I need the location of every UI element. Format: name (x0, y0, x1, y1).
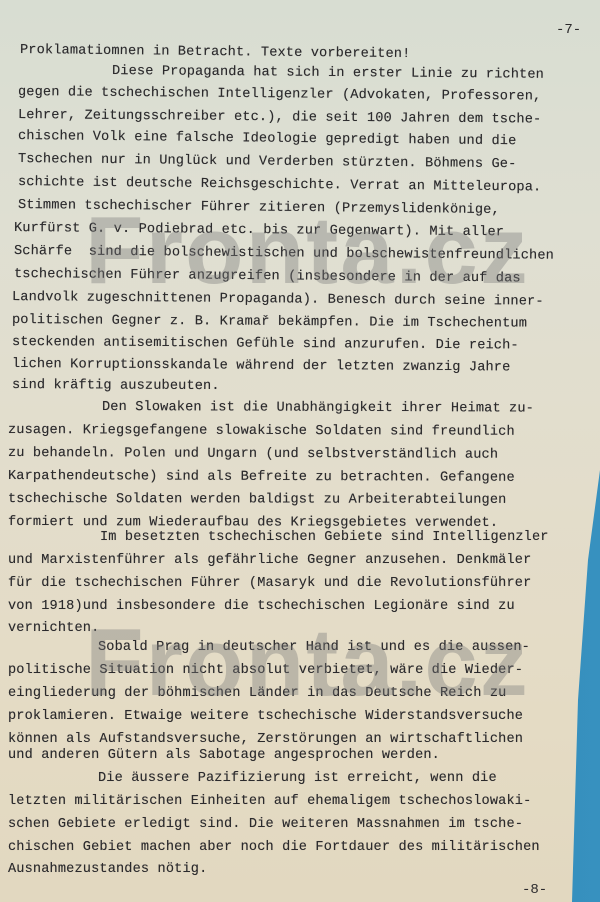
text-line: schen Gebiete erledigt sind. Die weitere… (8, 818, 523, 832)
text-line: politische Situation nicht absolut verbi… (8, 664, 523, 678)
text-line: zu behandeln. Polen und Ungarn (und selb… (8, 447, 498, 462)
text-line: und anderen Gütern als Sabotage angespro… (8, 749, 440, 763)
text-line: Sobald Prag in deutscher Hand ist und es… (98, 641, 530, 655)
text-line: können als Aufstandsversuche, Zerstörung… (8, 733, 523, 747)
text-line: Diese Propaganda hat sich in erster Lini… (112, 65, 544, 82)
text-line: Tschechen nur in Unglück und Verderben s… (18, 153, 517, 172)
text-line: Stimmen tschechischer Führer zitieren (P… (18, 199, 500, 218)
text-line: politischen Gegner z. B. Kramař bekämpfe… (12, 314, 527, 331)
typewritten-page: -7- Proklamatiomnen in Betracht. Texte v… (0, 0, 600, 902)
text-line: chischen Volk eine falsche Ideologie gep… (18, 130, 517, 149)
text-line: von 1918)und insbesondere die tschechisc… (8, 600, 515, 614)
text-line: vernichten. (8, 622, 99, 636)
text-line: sind kräftig auszubeuten. (12, 379, 220, 394)
text-line: eingliederung der böhmischen Länder in d… (8, 687, 506, 701)
text-line: steckenden antisemitischen Gefühle sind … (12, 336, 519, 353)
text-line: formiert und zum Wiederaufbau des Kriegs… (8, 516, 498, 530)
text-line: für die tschechischen Führer (Masaryk un… (8, 577, 531, 591)
text-line: letzten militärischen Einheiten auf ehem… (8, 795, 531, 809)
text-line: Karpathendeutsche) sind als Befreite zu … (8, 470, 515, 485)
text-line: und Marxistenführer als gefährliche Gegn… (8, 554, 531, 568)
text-line: Lehrer, Zeitungsschreiber etc.), die sei… (18, 109, 541, 127)
page-number-bottom: -8- (522, 882, 547, 898)
text-line: zusagen. Kriegsgefangene slowakische Sol… (8, 424, 515, 439)
text-line: tschechische Soldaten werden baldigst zu… (8, 493, 506, 507)
text-line: schichte ist deutsche Reichsgeschichte. … (18, 176, 542, 195)
text-line: Den Slowaken ist die Unabhängigkeit ihre… (102, 401, 534, 416)
text-line: Proklamatiomnen in Betracht. Texte vorbe… (20, 44, 411, 62)
text-line: Schärfe sind die bolschewistischen und b… (14, 245, 554, 263)
text-line: proklamieren. Etwaige weitere tschechisc… (8, 710, 523, 724)
text-line: Ausnahmezustandes nötig. (8, 863, 207, 877)
text-line: Landvolk zugeschnittenen Propaganda). Be… (12, 291, 544, 309)
page-number-top: -7- (556, 22, 581, 38)
text-line: lichen Korruptionsskandale während der l… (12, 358, 511, 375)
text-line: tschechischen Führer anzugreifen (insbes… (14, 268, 521, 286)
text-line: chischen Gebiet machen aber noch die For… (8, 841, 540, 855)
text-line: Im besetzten tschechischen Gebiete sind … (100, 531, 549, 545)
text-line: Die äussere Pazifizierung ist erreicht, … (98, 772, 497, 786)
text-line: gegen die tschechischen Intelligenzler (… (18, 86, 541, 104)
text-line: Kurfürst G. v. Podiebrad etc. bis zur Ge… (14, 222, 504, 240)
